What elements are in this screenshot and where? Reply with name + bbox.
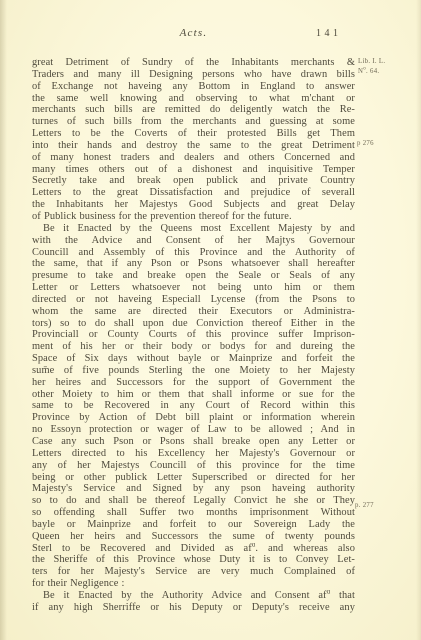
text-line: directed or not haveing Especiall Lycens…	[32, 294, 355, 306]
text-line: her heires and Successors for the suppor…	[32, 377, 355, 389]
page-body: great Detriment of Sundry of the Inhabit…	[32, 57, 355, 614]
text-line: bayle or Mainprize and forfeit to our So…	[32, 519, 355, 531]
text-line: being or other publick Letter Superscrib…	[32, 472, 355, 484]
text-line: no Essoyn protection or wager of Law to …	[32, 424, 355, 436]
text-line: Councill and Assembly of this Province a…	[32, 247, 355, 259]
text-line: Secretly take and break open publick and…	[32, 175, 355, 187]
page-number: 141	[316, 28, 342, 39]
text-line: same to be Recovered in any Court of Rec…	[32, 400, 355, 412]
text-line: ters for her Majesty's Service are very …	[32, 566, 355, 578]
text-line: of many honest traders and dealers and o…	[32, 152, 355, 164]
margin-note-p276: p 276	[357, 139, 374, 149]
text-line: Letters to be the Coverts of their prote…	[32, 128, 355, 140]
text-line: the Sheriffe of this Province whose Duty…	[32, 554, 355, 566]
book-page: Acts. 141 Lib. I. L. No. 64. p 276 p. 27…	[0, 0, 421, 640]
running-title: Acts.	[32, 27, 355, 39]
text-line: Be it Enacted by the Authority Advice an…	[32, 590, 355, 602]
text-line: the same, that if any Pson or Psons what…	[32, 258, 355, 270]
text-line: presume to take and breake open the Seal…	[32, 270, 355, 282]
text-line: tors) so to do shall upon due Conviction…	[32, 318, 355, 330]
text-line: with the Advice and Consent of her Majty…	[32, 235, 355, 247]
text-line: if any high Sherriffe or his Deputy or D…	[32, 602, 355, 614]
text-line: Be it Enacted by the Queens most Excelle…	[32, 223, 355, 235]
text-line: Letters directed to his Excellency her M…	[32, 448, 355, 460]
text-line: great Detriment of Sundry of the Inhabit…	[32, 57, 355, 69]
text-line: Case any such Pson or Psons shall breake…	[32, 436, 355, 448]
text-line: many times others out of a dishonest and…	[32, 164, 355, 176]
margin-note-line: No. 64.	[358, 67, 385, 77]
text-line: Majesty's Service and Signed by any pson…	[32, 483, 355, 495]
text-line: turnes of such bills from the merchants …	[32, 116, 355, 128]
margin-note-line: Lib. I. L.	[358, 57, 385, 67]
text-line: other Moiety to him or them that shall i…	[32, 389, 355, 401]
margin-note-citation: Lib. I. L. No. 64.	[358, 57, 385, 76]
text-line: Letters to the great Dissatisfaction and…	[32, 187, 355, 199]
text-line: Letter or Letters whatsoever not being u…	[32, 282, 355, 294]
page-header: Acts. 141	[32, 27, 355, 42]
text-line: any of her Majestys Councill of this pro…	[32, 460, 355, 472]
text-line: ment of his her or their body or bodys f…	[32, 341, 355, 353]
text-line: for their Negligence :	[32, 578, 355, 590]
text-line: into their hands and destroy the same to…	[32, 140, 355, 152]
text-line: so offending shall Suffer two months imp…	[32, 507, 355, 519]
text-line: Sterl to be Recovered and Divided as afd…	[32, 543, 355, 555]
text-line: Province by Action of Debt bill plaint o…	[32, 412, 355, 424]
text-line: Space of Six days without bayle or Mainp…	[32, 353, 355, 365]
text-line: sum̄e of five pounds Sterling the one Mo…	[32, 365, 355, 377]
text-line: merchants such bills are remitted do del…	[32, 104, 355, 116]
text-line: Provinciall or County Courts of this pro…	[32, 329, 355, 341]
text-line: the Inhabitants her Majestys Good Subjec…	[32, 199, 355, 211]
text-line: so to do and shall be thereof Legally Co…	[32, 495, 355, 507]
text-line: of Exchange not haveing any Bottom in En…	[32, 81, 355, 93]
margin-note-p277: p. 277	[355, 501, 374, 511]
text-line: of Publick business for the prevention t…	[32, 211, 355, 223]
text-line: the same well knowing and observing to w…	[32, 93, 355, 105]
text-line: Queen her heirs and Successors the sume …	[32, 531, 355, 543]
text-line: whom the same are directed their Executo…	[32, 306, 355, 318]
text-line: Traders and many ill Designing persons w…	[32, 69, 355, 81]
